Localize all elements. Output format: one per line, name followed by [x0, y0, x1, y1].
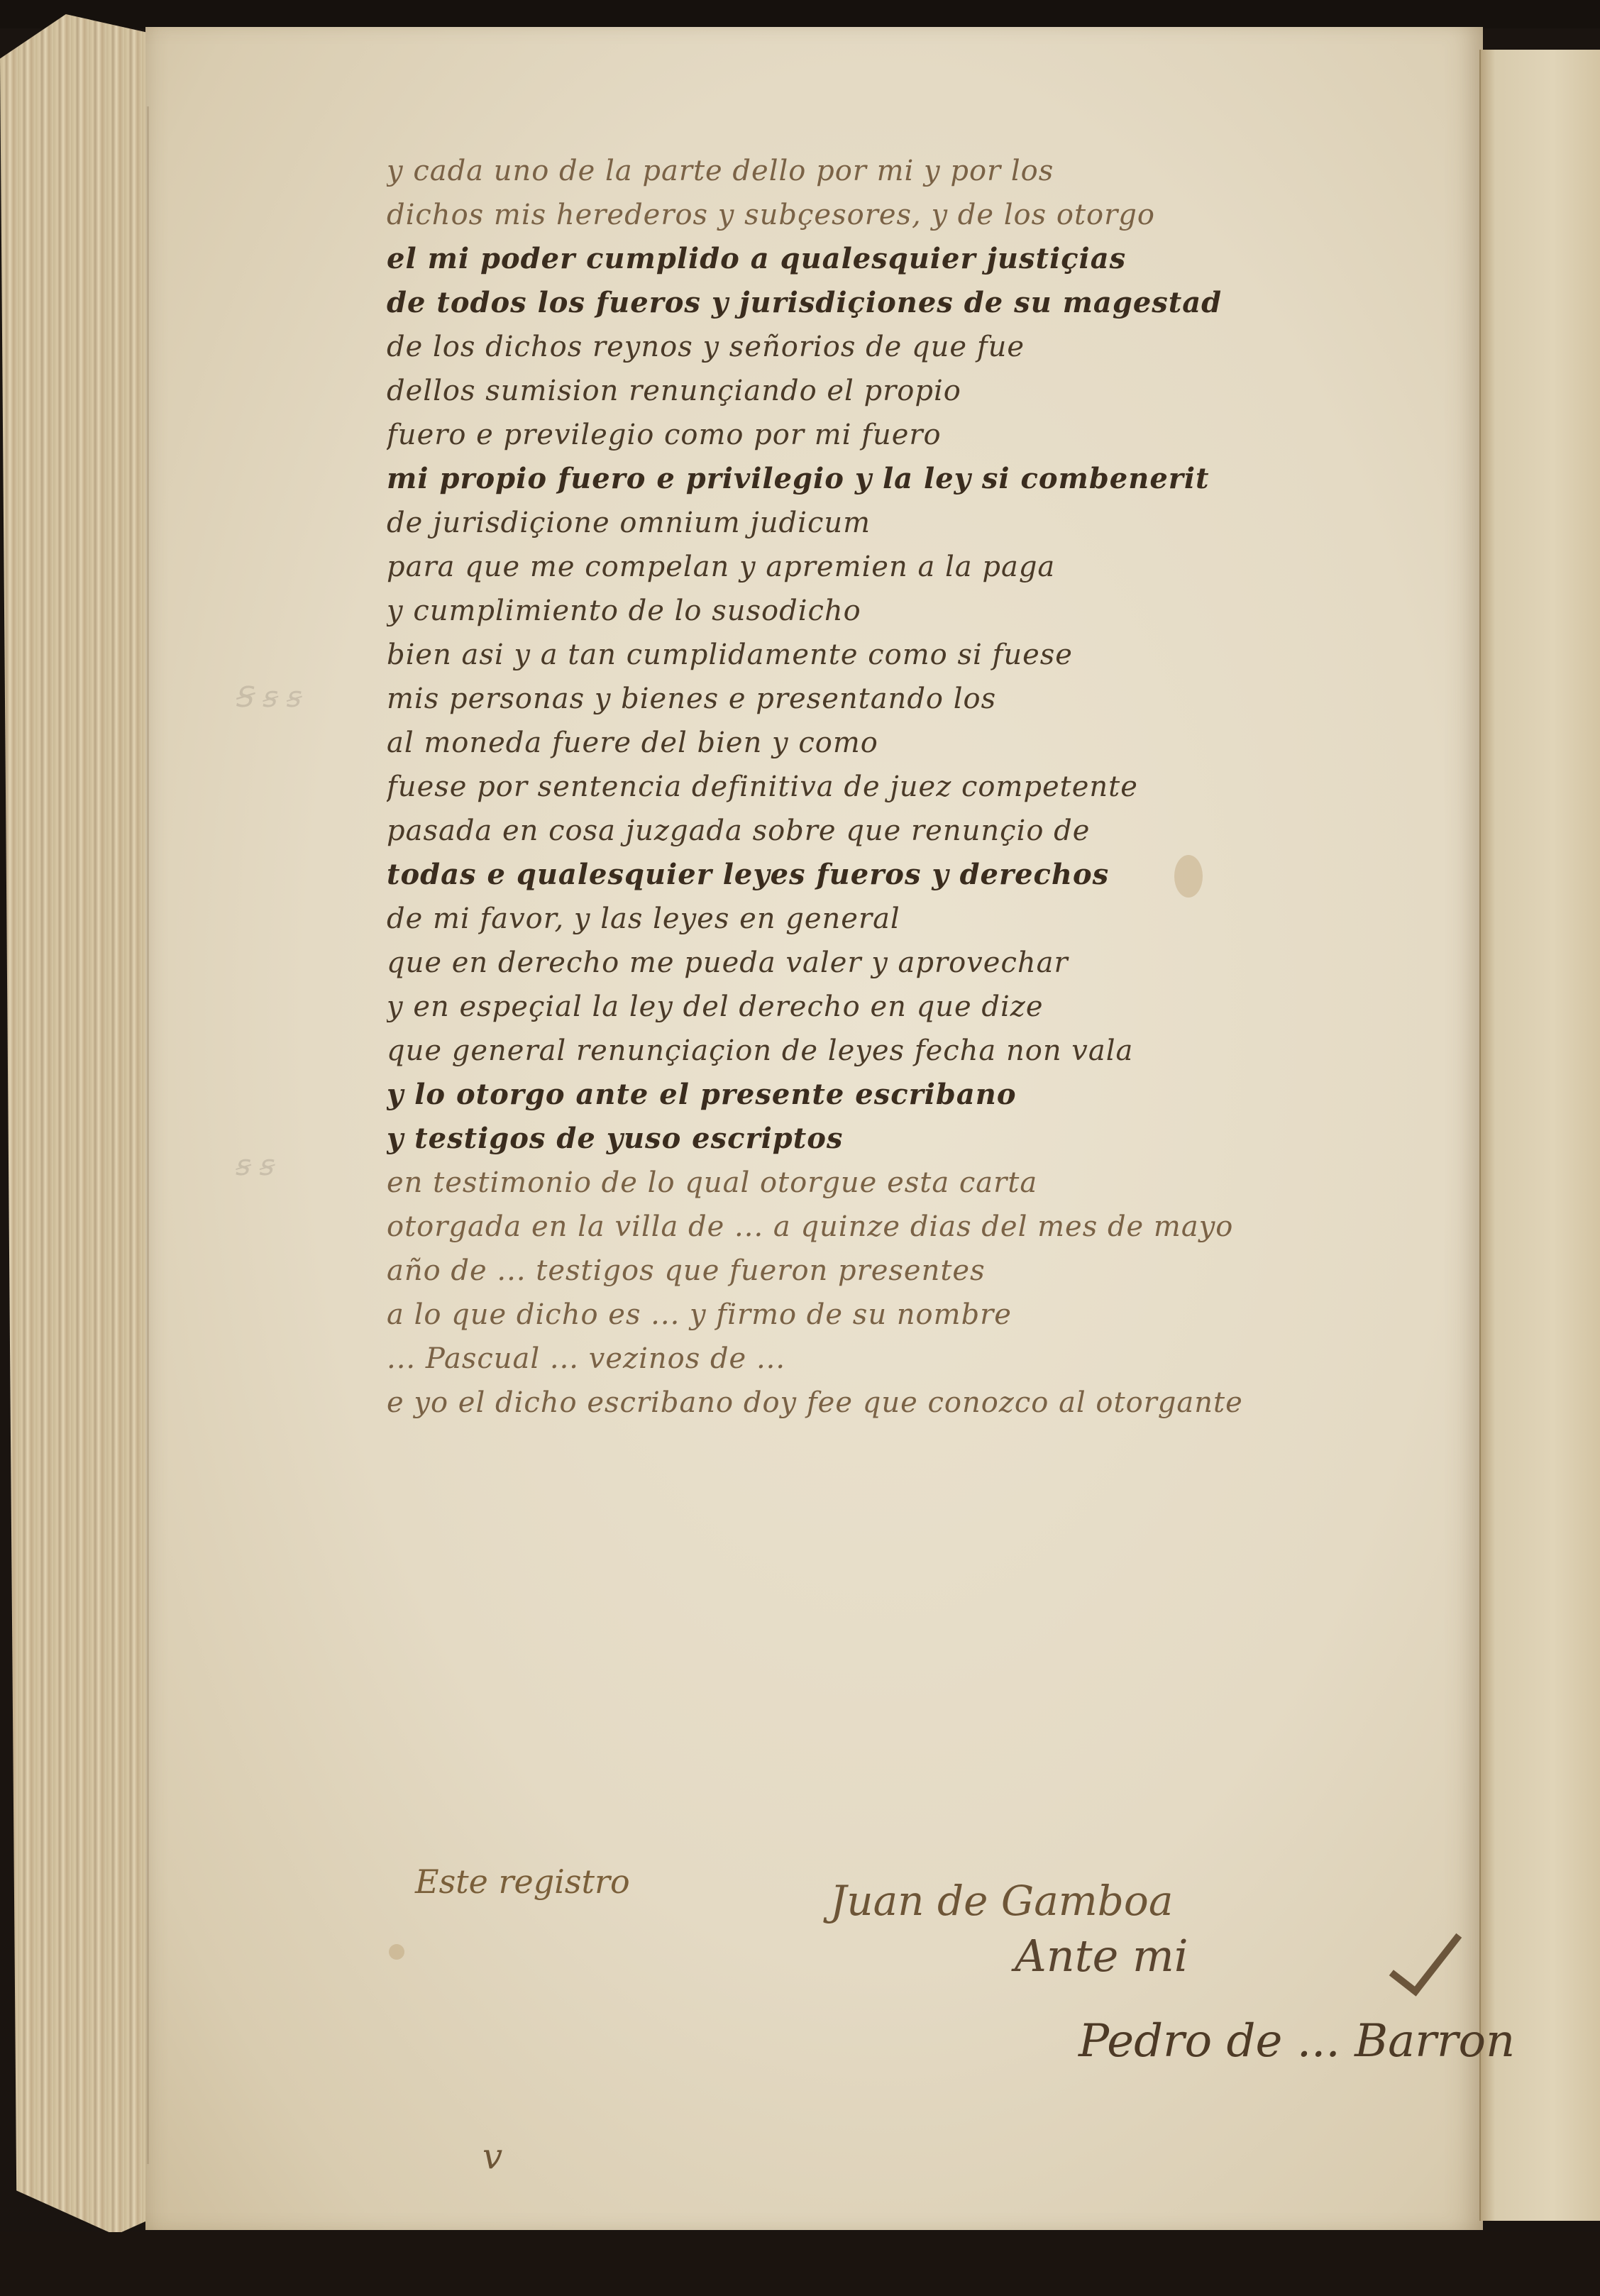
manuscript-line: que en derecho me pueda valer y aprovech… — [387, 941, 1483, 985]
manuscript-line: bien asi y a tan cumplidamente como si f… — [387, 633, 1483, 677]
manuscript-line: de jurisdiçione omnium judicum — [387, 501, 1483, 545]
manuscript-line: mis personas y bienes e presentando los — [387, 677, 1483, 721]
notary-prefix: Ante mi — [1015, 1930, 1188, 1982]
manuscript-line: y en espeçial la ley del derecho en que … — [387, 985, 1483, 1029]
manuscript-line: todas e qualesquier leyes fueros y derec… — [387, 853, 1483, 897]
manuscript-line: de todos los fueros y jurisdiçiones de s… — [387, 281, 1483, 325]
manuscript-line: e yo el dicho escribano doy fee que cono… — [387, 1381, 1483, 1425]
manuscript-line: al moneda fuere del bien y como — [387, 721, 1483, 765]
registry-mark: Este registro — [415, 1862, 630, 1901]
manuscript-line: para que me compelan y apremien a la pag… — [387, 545, 1483, 589]
bottom-rubric: v — [482, 2136, 502, 2177]
bleed-through-text: Ꞩ ꞩ ꞩ — [234, 681, 300, 714]
manuscript-line: y cada uno de la parte dello por mi y po… — [387, 149, 1483, 193]
manuscript-line: otorgada en la villa de ... a quinze dia… — [387, 1205, 1483, 1249]
notary-signature: Pedro de ... Barron — [1078, 2015, 1515, 2068]
background-top — [0, 0, 1600, 28]
signer-signature: Juan de Gamboa — [830, 1877, 1173, 1925]
page-margin-fold — [147, 106, 149, 2164]
manuscript-line: fuese por sentencia definitiva de juez c… — [387, 765, 1483, 809]
ink-stain — [389, 1944, 404, 1960]
manuscript-line: dichos mis herederos y subçesores, y de … — [387, 193, 1483, 237]
bleed-through-text: ꞩ ꞩ — [234, 1149, 272, 1182]
manuscript-line: y lo otorgo ante el presente escribano — [387, 1073, 1483, 1117]
book-page-edges — [0, 14, 165, 2235]
facing-page-edge — [1479, 50, 1600, 2221]
manuscript-line: y cumplimiento de lo susodicho — [387, 589, 1483, 633]
manuscript-body: y cada uno de la parte dello por mi y po… — [387, 149, 1483, 1425]
manuscript-line: pasada en cosa juzgada sobre que renunçi… — [387, 809, 1483, 853]
manuscript-line: y testigos de yuso escriptos — [387, 1117, 1483, 1161]
manuscript-line: de mi favor, y las leyes en general — [387, 897, 1483, 941]
manuscript-line: fuero e previlegio como por mi fuero — [387, 413, 1483, 457]
manuscript-line: mi propio fuero e privilegio y la ley si… — [387, 457, 1483, 501]
background-bottom — [0, 2232, 1600, 2296]
manuscript-line: ... Pascual ... vezinos de ... — [387, 1337, 1483, 1381]
manuscript-line: a lo que dicho es ... y firmo de su nomb… — [387, 1293, 1483, 1337]
manuscript-line: de los dichos reynos y señorios de que f… — [387, 325, 1483, 369]
manuscript-line: en testimonio de lo qual otorgue esta ca… — [387, 1161, 1483, 1205]
manuscript-line: que general renunçiaçion de leyes fecha … — [387, 1029, 1483, 1073]
manuscript-line: dellos sumision renunçiando el propio — [387, 369, 1483, 413]
manuscript-scan: Ꞩ ꞩ ꞩ ꞩ ꞩ y cada uno de la parte dello p… — [0, 0, 1600, 2296]
manuscript-line: año de ... testigos que fueron presentes — [387, 1249, 1483, 1293]
manuscript-line: el mi poder cumplido a qualesquier justi… — [387, 237, 1483, 281]
